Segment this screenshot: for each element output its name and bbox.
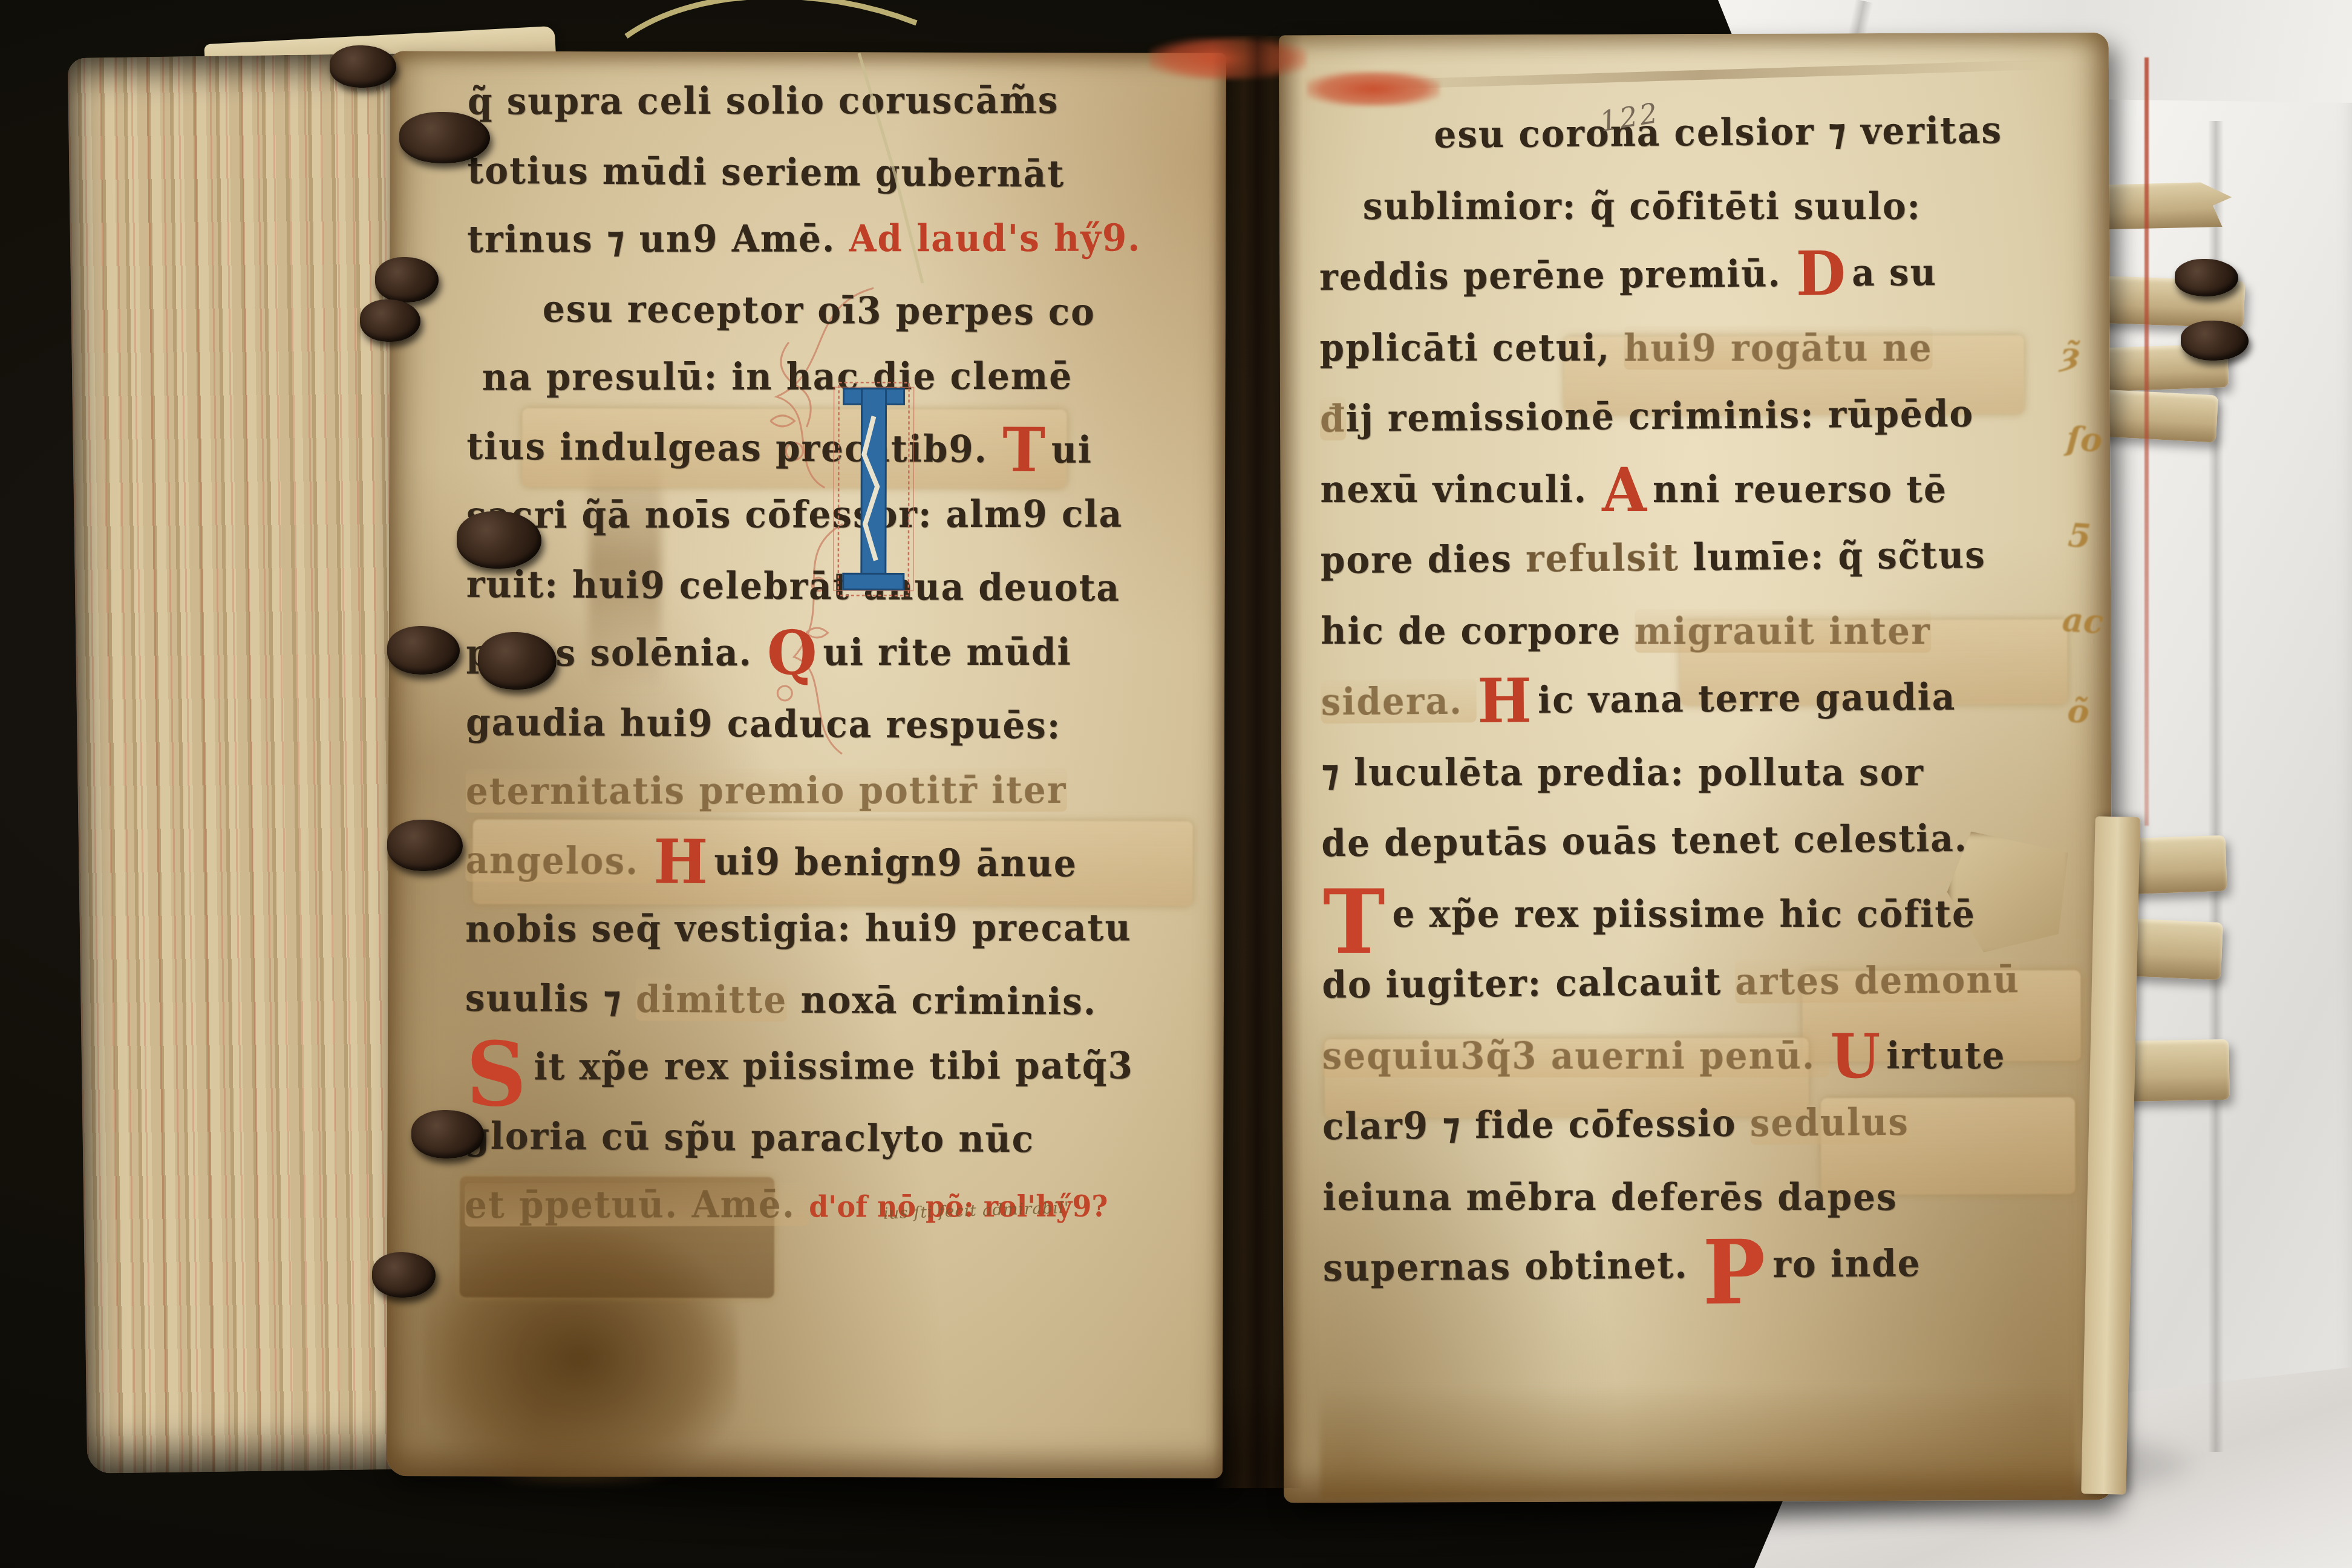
fore-edge-red-line <box>2145 57 2149 826</box>
text-segment: dimitte <box>636 977 788 1022</box>
text-segment: ro inde <box>1772 1241 1921 1286</box>
text-line: đij remissionē criminis: rūpēdo <box>1320 375 2089 456</box>
bottom-edge-stain <box>1320 1382 2077 1499</box>
text-line: plebs solēnia. Qui rite mūdi <box>466 615 1222 690</box>
text-segment: noxā criminis. <box>787 978 1097 1024</box>
text-segment: gloria cū sp̃u paraclyto nūc <box>465 1114 1034 1161</box>
showthrough-glyphs: ȝ̃ſo5acõ <box>1279 33 2109 36</box>
text-segment: H <box>652 826 714 898</box>
text-segment: sublimior: q̃ cōfitēti suulo: <box>1363 185 1921 228</box>
text-segment: D <box>1794 238 1852 310</box>
text-line: nexū vinculi. Anni reuerso tē <box>1320 452 2088 527</box>
illuminated-initial-blue-I <box>815 379 919 603</box>
red-edge-stain <box>1307 71 1440 106</box>
text-line: clar9 ⁊ fide cōfessio sedulus <box>1322 1083 2091 1164</box>
text-line: gloria cū sp̃u paraclyto nūc <box>465 1099 1221 1177</box>
text-line: Sit xp̃e rex piissime tibi patq̃3 <box>465 1029 1221 1103</box>
text-segment: sedulus <box>1749 1100 1909 1145</box>
text-line: et p̄petuū. Amē. d'of nō põ: rol'hy̋9? <box>465 1167 1221 1241</box>
bookmark-cord <box>581 0 1040 309</box>
leather-knot-marker <box>360 299 420 342</box>
text-line: gaudia hui9 caduca respuēs: <box>466 685 1223 763</box>
text-segment: hic de corpore <box>1321 609 1635 653</box>
book-gutter <box>1212 36 1303 1488</box>
text-segment: sidera. <box>1321 679 1476 724</box>
leather-knot-marker <box>457 511 541 569</box>
text-segment: U <box>1829 1021 1886 1093</box>
leather-knot-marker <box>411 1110 484 1158</box>
leather-knot-marker <box>387 626 460 675</box>
text-segment: ic vana terre gaudia <box>1538 675 1956 722</box>
leather-knot-marker <box>387 820 463 871</box>
text-segment: migrauit inter <box>1635 609 1931 653</box>
leather-knot-marker <box>372 1252 436 1298</box>
text-line: Te xp̃e rex piissime hic cōfitē <box>1322 877 2090 952</box>
leather-knot-marker <box>399 112 490 163</box>
text-line: ⁊ luculēta predia: polluta sor <box>1321 735 2089 810</box>
text-segment: esu corona celsior ⁊ veritas <box>1434 108 2002 157</box>
text-segment: supernas obtinet. <box>1323 1243 1702 1290</box>
leather-knot-marker <box>478 632 557 690</box>
manuscript-photograph: q̃ supra celi solio coruscām̃stotius mūd… <box>0 0 2352 1568</box>
text-segment: sequiu3q̃3 auerni penū. <box>1322 1034 1829 1077</box>
text-segment: đ <box>1320 397 1346 440</box>
text-segment: gaudia hui9 caduca respuēs: <box>466 700 1061 747</box>
text-line: sidera. Hic vana terre gaudia <box>1321 658 2089 739</box>
text-line: do iugiter: calcauit artes demonū <box>1322 941 2091 1022</box>
right-page: 122 esu corona celsior ⁊ veritassublimio… <box>1279 33 2114 1503</box>
text-segment: suulis ⁊ <box>465 976 636 1021</box>
text-segment: na presulū: in hac die clemē <box>482 354 1073 399</box>
text-line: de deputās ouās tenet celestia. <box>1321 800 2090 881</box>
text-segment: ieiuna mēbra deferēs dapes <box>1322 1175 1897 1219</box>
text-segment: artes demonū <box>1735 958 2020 1004</box>
text-segment: pplicāti cetui, <box>1320 326 1624 370</box>
text-line: suulis ⁊ dimitte noxā criminis. <box>465 961 1222 1039</box>
text-segment: ui9 benign9 ānue <box>714 840 1077 886</box>
text-segment: H <box>1476 665 1538 737</box>
text-segment: nni reuerso tē <box>1653 468 1947 511</box>
text-segment: angelos. <box>465 838 652 883</box>
tissue-paper-right <box>2099 0 2352 1568</box>
text-segment: sacri q̃ā noīs cōfessor: alm9 cla <box>466 492 1123 537</box>
text-segment: nexū vinculi. <box>1320 468 1601 511</box>
text-segment: T <box>1001 415 1051 486</box>
text-segment: de deputās ouās tenet celestia. <box>1321 816 1968 865</box>
text-line: hic de corpore migrauit inter <box>1321 593 2089 668</box>
text-segment: pore dies <box>1321 537 1526 582</box>
text-line: pore dies refulsit lumīe: q̃ sc̃tus <box>1320 517 2089 598</box>
text-segment: ij remissionē criminis: rūpēdo <box>1345 391 1974 440</box>
text-segment: lumīe: q̃ sc̃tus <box>1679 533 1986 579</box>
text-line: eternitatis premio potitr̄ iter <box>466 753 1222 828</box>
text-segment: a su <box>1852 250 1937 295</box>
text-segment: nobis seq̄ vestigia: hui9 precatu <box>465 906 1131 950</box>
text-line: nobis seq̄ vestigia: hui9 precatu <box>465 891 1221 965</box>
text-line: sublimior: q̃ cōfitēti suulo: <box>1319 169 2088 244</box>
text-line: angelos. Hui9 benign9 ānue <box>465 823 1222 901</box>
leather-knot-marker <box>330 45 396 88</box>
text-segment: irtute <box>1886 1034 2005 1077</box>
text-segment: ⁊ luculēta predia: polluta sor <box>1321 751 1924 794</box>
text-segment: it xp̃e rex piissime tibi patq̃3 <box>534 1044 1133 1088</box>
text-line: supernas obtinet. Pro inde <box>1322 1224 2091 1305</box>
text-line: pplicāti cetui, hui9 rogātu ne <box>1320 310 2088 385</box>
text-segment: clar9 ⁊ fide cōfessio <box>1322 1101 1750 1148</box>
text-line: sequiu3q̃3 auerni penū. Uirtute <box>1322 1018 2091 1093</box>
leather-knot-marker <box>2175 259 2238 296</box>
text-segment: ruit: hui9 celebrāt ānua deuota <box>466 562 1121 610</box>
text-segment: do iugiter: calcauit <box>1322 960 1736 1007</box>
text-line: reddis perēne premiū. Da su <box>1319 234 2088 315</box>
text-segment: tius indulgeas precātib9. <box>466 424 1001 471</box>
leather-knot-marker <box>375 257 439 302</box>
text-segment: reddis perēne premiū. <box>1319 252 1795 299</box>
text-segment: e xp̃e rex piissime hic cōfitē <box>1393 892 1976 936</box>
page-crease <box>1351 60 2047 90</box>
text-segment: ui <box>1051 428 1093 471</box>
text-segment: P <box>1701 1220 1773 1325</box>
text-segment: eternitatis premio potitr̄ iter <box>466 768 1067 812</box>
text-segment: Q <box>766 618 823 689</box>
text-segment: A <box>1601 455 1653 526</box>
text-segment: refulsit <box>1526 535 1680 580</box>
text-segment: ui rite mūdi <box>823 630 1072 674</box>
text-segment: et p̄petuū. Amē. <box>465 1182 809 1226</box>
right-text-column: esu corona celsior ⁊ veritassublimior: q… <box>1319 98 2091 1304</box>
leather-knot-marker <box>2181 321 2249 361</box>
text-segment: hui9 rogātu ne <box>1624 326 1933 370</box>
